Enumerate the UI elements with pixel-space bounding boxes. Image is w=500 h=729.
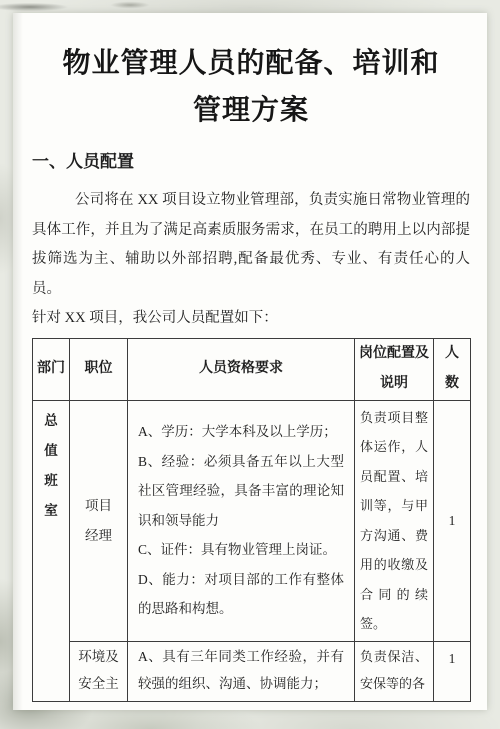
section-heading: 一、人员配置 <box>32 150 470 173</box>
lead-in-paragraph: 针对 XX 项目，我公司人员配置如下： <box>32 304 470 334</box>
col-header-role-description: 岗位配置及说明 <box>355 338 434 400</box>
cell-department: 总值班室 <box>33 400 70 701</box>
col-header-position: 职位 <box>70 338 128 400</box>
intro-paragraph: 公司将在 XX 项目设立物业管理部，负责实施日常物业管理的具体工作，并且为了满足… <box>32 186 470 304</box>
cell-role-description: 负责保洁、安保等的各 <box>355 641 434 701</box>
table-header-row: 部门 职位 人员资格要求 岗位配置及说明 人数 <box>33 338 471 400</box>
cell-headcount: 1 <box>434 400 471 641</box>
cell-position: 项目经理 <box>70 400 128 641</box>
col-header-department: 部门 <box>33 338 70 400</box>
col-header-headcount: 人数 <box>434 338 471 400</box>
document-title-line-1: 物业管理人员的配备、培训和 <box>32 40 470 87</box>
document-content: 物业管理人员的配备、培训和 管理方案 一、人员配置 公司将在 XX 项目设立物业… <box>13 40 487 702</box>
document-title-line-2: 管理方案 <box>32 87 470 134</box>
cell-role-description: 负责项目整体运作，人员配置、培训等，与甲方沟通、费用的收缴及合同的续签。 <box>355 400 434 641</box>
table-row: 环境及安全主 A、具有三年同类工作经验，并有较强的组织、沟通、协调能力； 负责保… <box>33 641 471 701</box>
col-header-qualifications: 人员资格要求 <box>128 338 355 400</box>
cell-qualifications: A、学历：大学本科及以上学历；B、经验：必须具备五年以上大型社区管理经验，具备丰… <box>128 400 355 641</box>
staffing-table: 部门 职位 人员资格要求 岗位配置及说明 人数 总值班室 项目经理 A、学历：大… <box>32 338 471 702</box>
document-page: 物业管理人员的配备、培训和 管理方案 一、人员配置 公司将在 XX 项目设立物业… <box>13 13 487 710</box>
table-row: 总值班室 项目经理 A、学历：大学本科及以上学历；B、经验：必须具备五年以上大型… <box>33 400 471 641</box>
cell-position: 环境及安全主 <box>70 641 128 701</box>
cell-qualifications: A、具有三年同类工作经验，并有较强的组织、沟通、协调能力； <box>128 641 355 701</box>
document-title: 物业管理人员的配备、培训和 管理方案 <box>32 40 470 134</box>
cell-headcount: 1 <box>434 641 471 701</box>
